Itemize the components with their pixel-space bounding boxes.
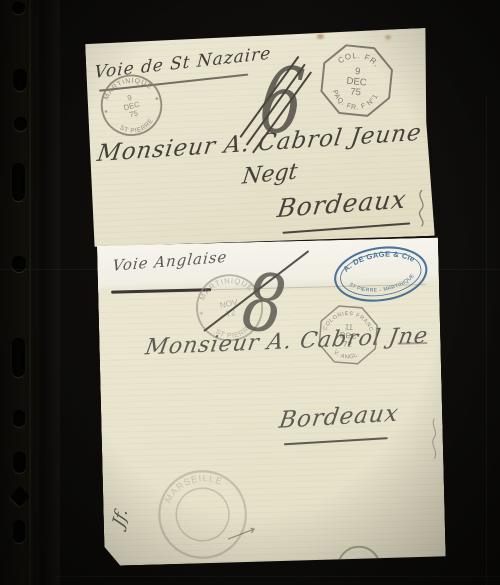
partial-cds-stamp xyxy=(336,545,380,560)
octagon-year: 72 xyxy=(343,339,352,349)
pen-tick xyxy=(226,526,258,542)
octagon-year: 75 xyxy=(350,86,362,98)
octagon-colonies-stamp: COLONIES FRANC. V. ANGL. 11 DEC 72 xyxy=(313,299,384,370)
page-crease xyxy=(37,0,38,585)
album-page-photo: Voie de St Nazaire MARTINIQUE ST PIERRE … xyxy=(0,0,500,585)
cds-ornament: ✶ xyxy=(198,310,205,318)
stock-strip-seam xyxy=(55,576,500,577)
binder-hole xyxy=(14,117,27,131)
cds-year: 75 xyxy=(128,109,138,120)
cover-top-letter: Voie de St Nazaire MARTINIQUE ST PIERRE … xyxy=(85,28,435,249)
edge-pen-flourish xyxy=(413,188,433,229)
cover-bottom-letter: Voie Anglaise MARTINIQUE ST PIERRE NOV 7… xyxy=(97,238,446,566)
octagon-col-fr-stamp: COL. FR. PAQ. FR. F N°1 9 DEC 75 xyxy=(313,37,401,125)
octagon-arc-bottom-text: V. ANGL. xyxy=(332,349,362,362)
binder-hole xyxy=(13,69,27,91)
binder-hole xyxy=(12,2,25,14)
page-crease xyxy=(29,0,31,585)
stock-strip-seam xyxy=(486,95,487,585)
binder-hole xyxy=(13,452,26,473)
binder-hole xyxy=(13,410,25,427)
binder-hole xyxy=(13,520,25,543)
partial-cds-ring xyxy=(336,545,380,560)
binder-hole xyxy=(12,338,25,377)
edge-docket-flourish xyxy=(427,416,442,462)
cds-ornament: ✶ xyxy=(103,108,110,116)
binder-hole xyxy=(12,163,25,201)
address-line2: Negt xyxy=(241,159,299,189)
